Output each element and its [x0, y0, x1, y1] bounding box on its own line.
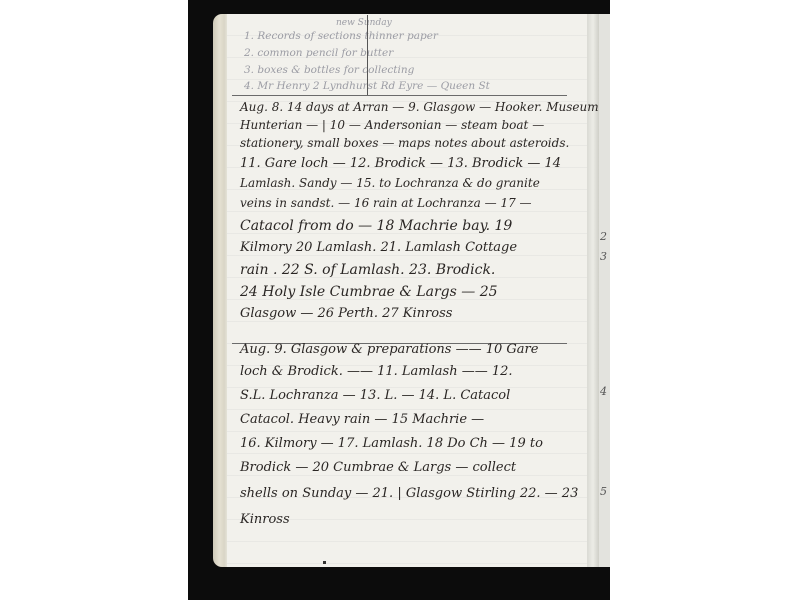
book-gutter — [587, 14, 599, 567]
entry-line: loch & Brodick. —— 11. Lamlash —— 12. — [240, 364, 513, 379]
header-insert: new Sunday — [336, 18, 392, 28]
section-divider — [232, 95, 567, 96]
entry-line: S.L. Lochranza — 13. L. — 14. L. Catacol — [240, 388, 510, 403]
ink-spot — [323, 561, 326, 564]
entry-line: 24 Holy Isle Cumbrae & Largs — 25 — [240, 284, 498, 300]
header-note-line: 2. common pencil for butter — [244, 47, 393, 59]
adjacent-page-number: 4 — [600, 385, 607, 398]
entry-line: shells on Sunday — 21. | Glasgow Stirlin… — [240, 486, 578, 501]
entry-line: Kinross — [240, 512, 290, 527]
entry-line: Hunterian — | 10 — Andersonian — steam b… — [240, 118, 544, 132]
entry-line: 11. Gare loch — 12. Brodick — 13. Brodic… — [240, 156, 561, 171]
header-note-line: 1. Records of sections thinner paper — [244, 30, 438, 42]
adjacent-page-number: 5 — [600, 485, 607, 498]
entry-line: rain . 22 S. of Lamlash. 23. Brodick. — [240, 262, 495, 278]
entry-line: Glasgow — 26 Perth. 27 Kinross — [240, 306, 452, 321]
entry-line: Kilmory 20 Lamlash. 21. Lamlash Cottage — [240, 240, 517, 255]
entry-line: veins in sandst. — 16 rain at Lochranza … — [240, 196, 532, 210]
entry-line: Lamlash. Sandy — 15. to Lochranza & do g… — [240, 176, 540, 190]
entry-line: 16. Kilmory — 17. Lamlash. 18 Do Ch — 19… — [240, 436, 543, 451]
entry-line: Brodick — 20 Cumbrae & Largs — collect — [240, 460, 516, 475]
entry-line: Catacol from do — 18 Machrie bay. 19 — [240, 218, 512, 234]
header-notes: new Sunday 1. Records of sections thinne… — [238, 20, 578, 92]
header-note-line: 3. boxes & bottles for collecting — [244, 64, 414, 76]
entry-line: Aug. 8. 14 days at Arran — 9. Glasgow — … — [240, 100, 599, 114]
entry-line: Aug. 9. Glasgow & preparations —— 10 Gar… — [240, 342, 538, 357]
adjacent-page-number: 2 — [600, 230, 607, 243]
entry-line: Catacol. Heavy rain — 15 Machrie — — [240, 412, 484, 427]
entry-line: stationery, small boxes — maps notes abo… — [240, 136, 569, 150]
adjacent-page-number: 3 — [600, 250, 607, 263]
vertical-divider — [367, 15, 368, 95]
